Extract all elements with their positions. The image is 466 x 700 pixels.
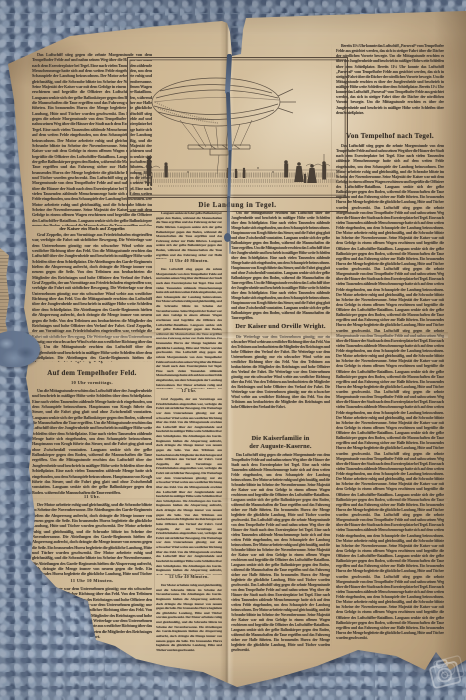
newspaper-page: Das Luftschiff stieg gegen die zehnte Mo… (0, 0, 466, 700)
illustration-caption-box: Die Landung in Tegel. (127, 197, 348, 212)
headline-kaiserfamilie-line1: Die Kaiserfamilie in (231, 435, 330, 443)
body-paragraph: Um die Mittagsstunde erschien das Luftsc… (231, 211, 330, 323)
body-paragraph: Graf Zeppelin, der am Vormittage aus Fri… (156, 397, 222, 575)
body-paragraph: Bereits 11¼ Uhr konnte das Luftschiff „P… (336, 44, 444, 132)
thread-string (229, 240, 231, 254)
horizontal-crease (24, 332, 448, 338)
headline-kaiserfamilie-line2: der Auguste-Kaserne. (231, 443, 330, 453)
time-heading: 12 Uhr 40 Minuten. (156, 575, 222, 583)
body-paragraph: Das Luftschiff stieg gegen die zehnte Mo… (231, 453, 330, 663)
body-paragraph: Das Luftschiff stieg gegen die zehnte Mo… (336, 144, 444, 648)
time-heading: 11 Uhr 40 Minuten. (156, 259, 222, 267)
column-rule (331, 42, 332, 654)
photo-of-newspaper: Das Luftschiff stieg gegen die zehnte Mo… (0, 0, 466, 700)
body-paragraph: Graf Zeppelin, der am Vormittage aus Fri… (32, 232, 152, 362)
body-paragraph: Der Motor arbeitete ruhig und gleichmäßi… (32, 502, 152, 578)
time-heading: 12 Uhr. (156, 389, 222, 397)
time-heading: 10 Uhr vormittags. (32, 380, 152, 388)
column-rule (154, 208, 155, 648)
body-paragraph: Die Wetterlage war dem Unternehmen günst… (231, 335, 330, 435)
horizontal-crease (24, 498, 448, 503)
thread-string (227, 196, 230, 236)
airship-illustration (127, 57, 348, 198)
body-paragraph: Das Luftschiff stieg gegen die zehnte Mo… (156, 267, 222, 389)
body-paragraph: Langsam senkte sich der gelbe Ballonkörp… (156, 211, 222, 259)
headline-tempelhofer-feld: Auf dem Tempelhofer Feld. (32, 369, 152, 380)
column-2: Langsam senkte sich der gelbe Ballonkörp… (156, 211, 222, 663)
body-paragraph: Der Motor arbeitete ruhig und gleichmäßi… (156, 583, 222, 663)
body-paragraph: Um die Mittagsstunde erschien das Luftsc… (32, 388, 152, 494)
illustration-caption: Die Landung in Tegel. (198, 201, 276, 209)
column-4: Bereits 11¼ Uhr konnte das Luftschiff „P… (336, 44, 444, 648)
camera-icon (428, 650, 466, 696)
time-heading: 11 Uhr 10 Minuten. (32, 578, 152, 586)
headline-tegel: Von Tempelhof nach Tegel. (336, 132, 444, 144)
body-paragraph: Die Wetterlage war dem Unternehmen günst… (32, 586, 152, 646)
section-separator: * * * (32, 362, 152, 369)
column-3: Um die Mittagsstunde erschien das Luftsc… (231, 211, 330, 663)
